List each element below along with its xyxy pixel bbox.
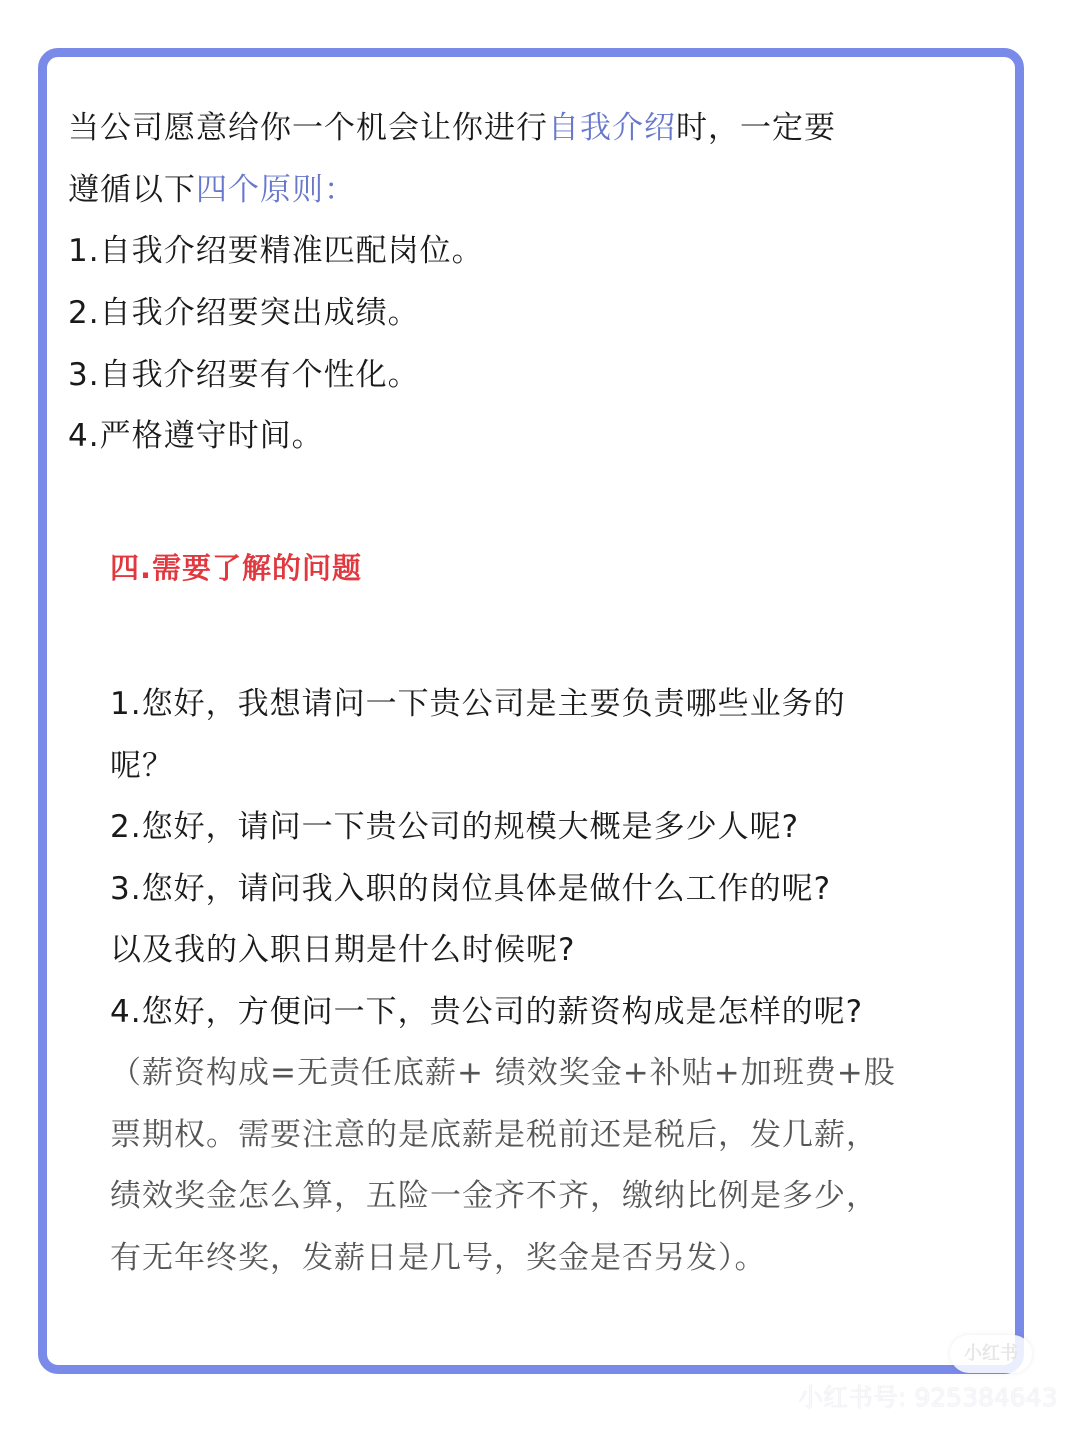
principle-item: 1.自我介绍要精准匹配岗位。 [68,231,484,271]
intro-text: 当公司愿意给你一个机会让你进行 [68,110,548,146]
salary-note-line: 票期权。需要注意的是底薪是税前还是税后，发几薪， [110,1115,878,1155]
intro-line-1: 当公司愿意给你一个机会让你进行自我介绍时，一定要 [68,108,836,148]
intro-text: 遵循以下 [68,172,196,208]
salary-note-line: 绩效奖金怎么算，五险一金齐不齐，缴纳比例是多少， [110,1176,878,1216]
question-line: 2.您好，请问一下贵公司的规模大概是多少人呢? [110,807,799,847]
principle-item: 2.自我介绍要突出成绩。 [68,293,420,333]
question-line: 呢？ [110,746,174,786]
watermark-text: 小红书号: 925384643 [798,1378,1058,1414]
question-line: 以及我的入职日期是什么时候呢? [110,930,575,970]
highlight-self-intro: 自我介绍 [548,110,676,146]
principle-item: 4.严格遵守时间。 [68,416,324,456]
intro-text: 时，一定要 [676,110,836,146]
question-line: 3.您好，请问我入职的岗位具体是做什么工作的呢? [110,869,831,909]
xiaohongshu-logo-badge: 小红书 [950,1335,1032,1373]
salary-note-line: （薪资构成=无责任底薪+ 绩效奖金+补贴+加班费+股 [110,1053,896,1093]
salary-note-line: 有无年终奖，发薪日是几号，奖金是否另发）。 [110,1238,767,1278]
section-heading: 四.需要了解的问题 [110,548,362,588]
principle-item: 3.自我介绍要有个性化。 [68,355,420,395]
intro-line-2: 遵循以下四个原则： [68,170,356,210]
question-line: 4.您好，方便问一下，贵公司的薪资构成是怎样的呢? [110,992,863,1032]
question-line: 1.您好，我想请问一下贵公司是主要负责哪些业务的 [110,684,846,724]
highlight-four-principles: 四个原则： [196,172,356,208]
